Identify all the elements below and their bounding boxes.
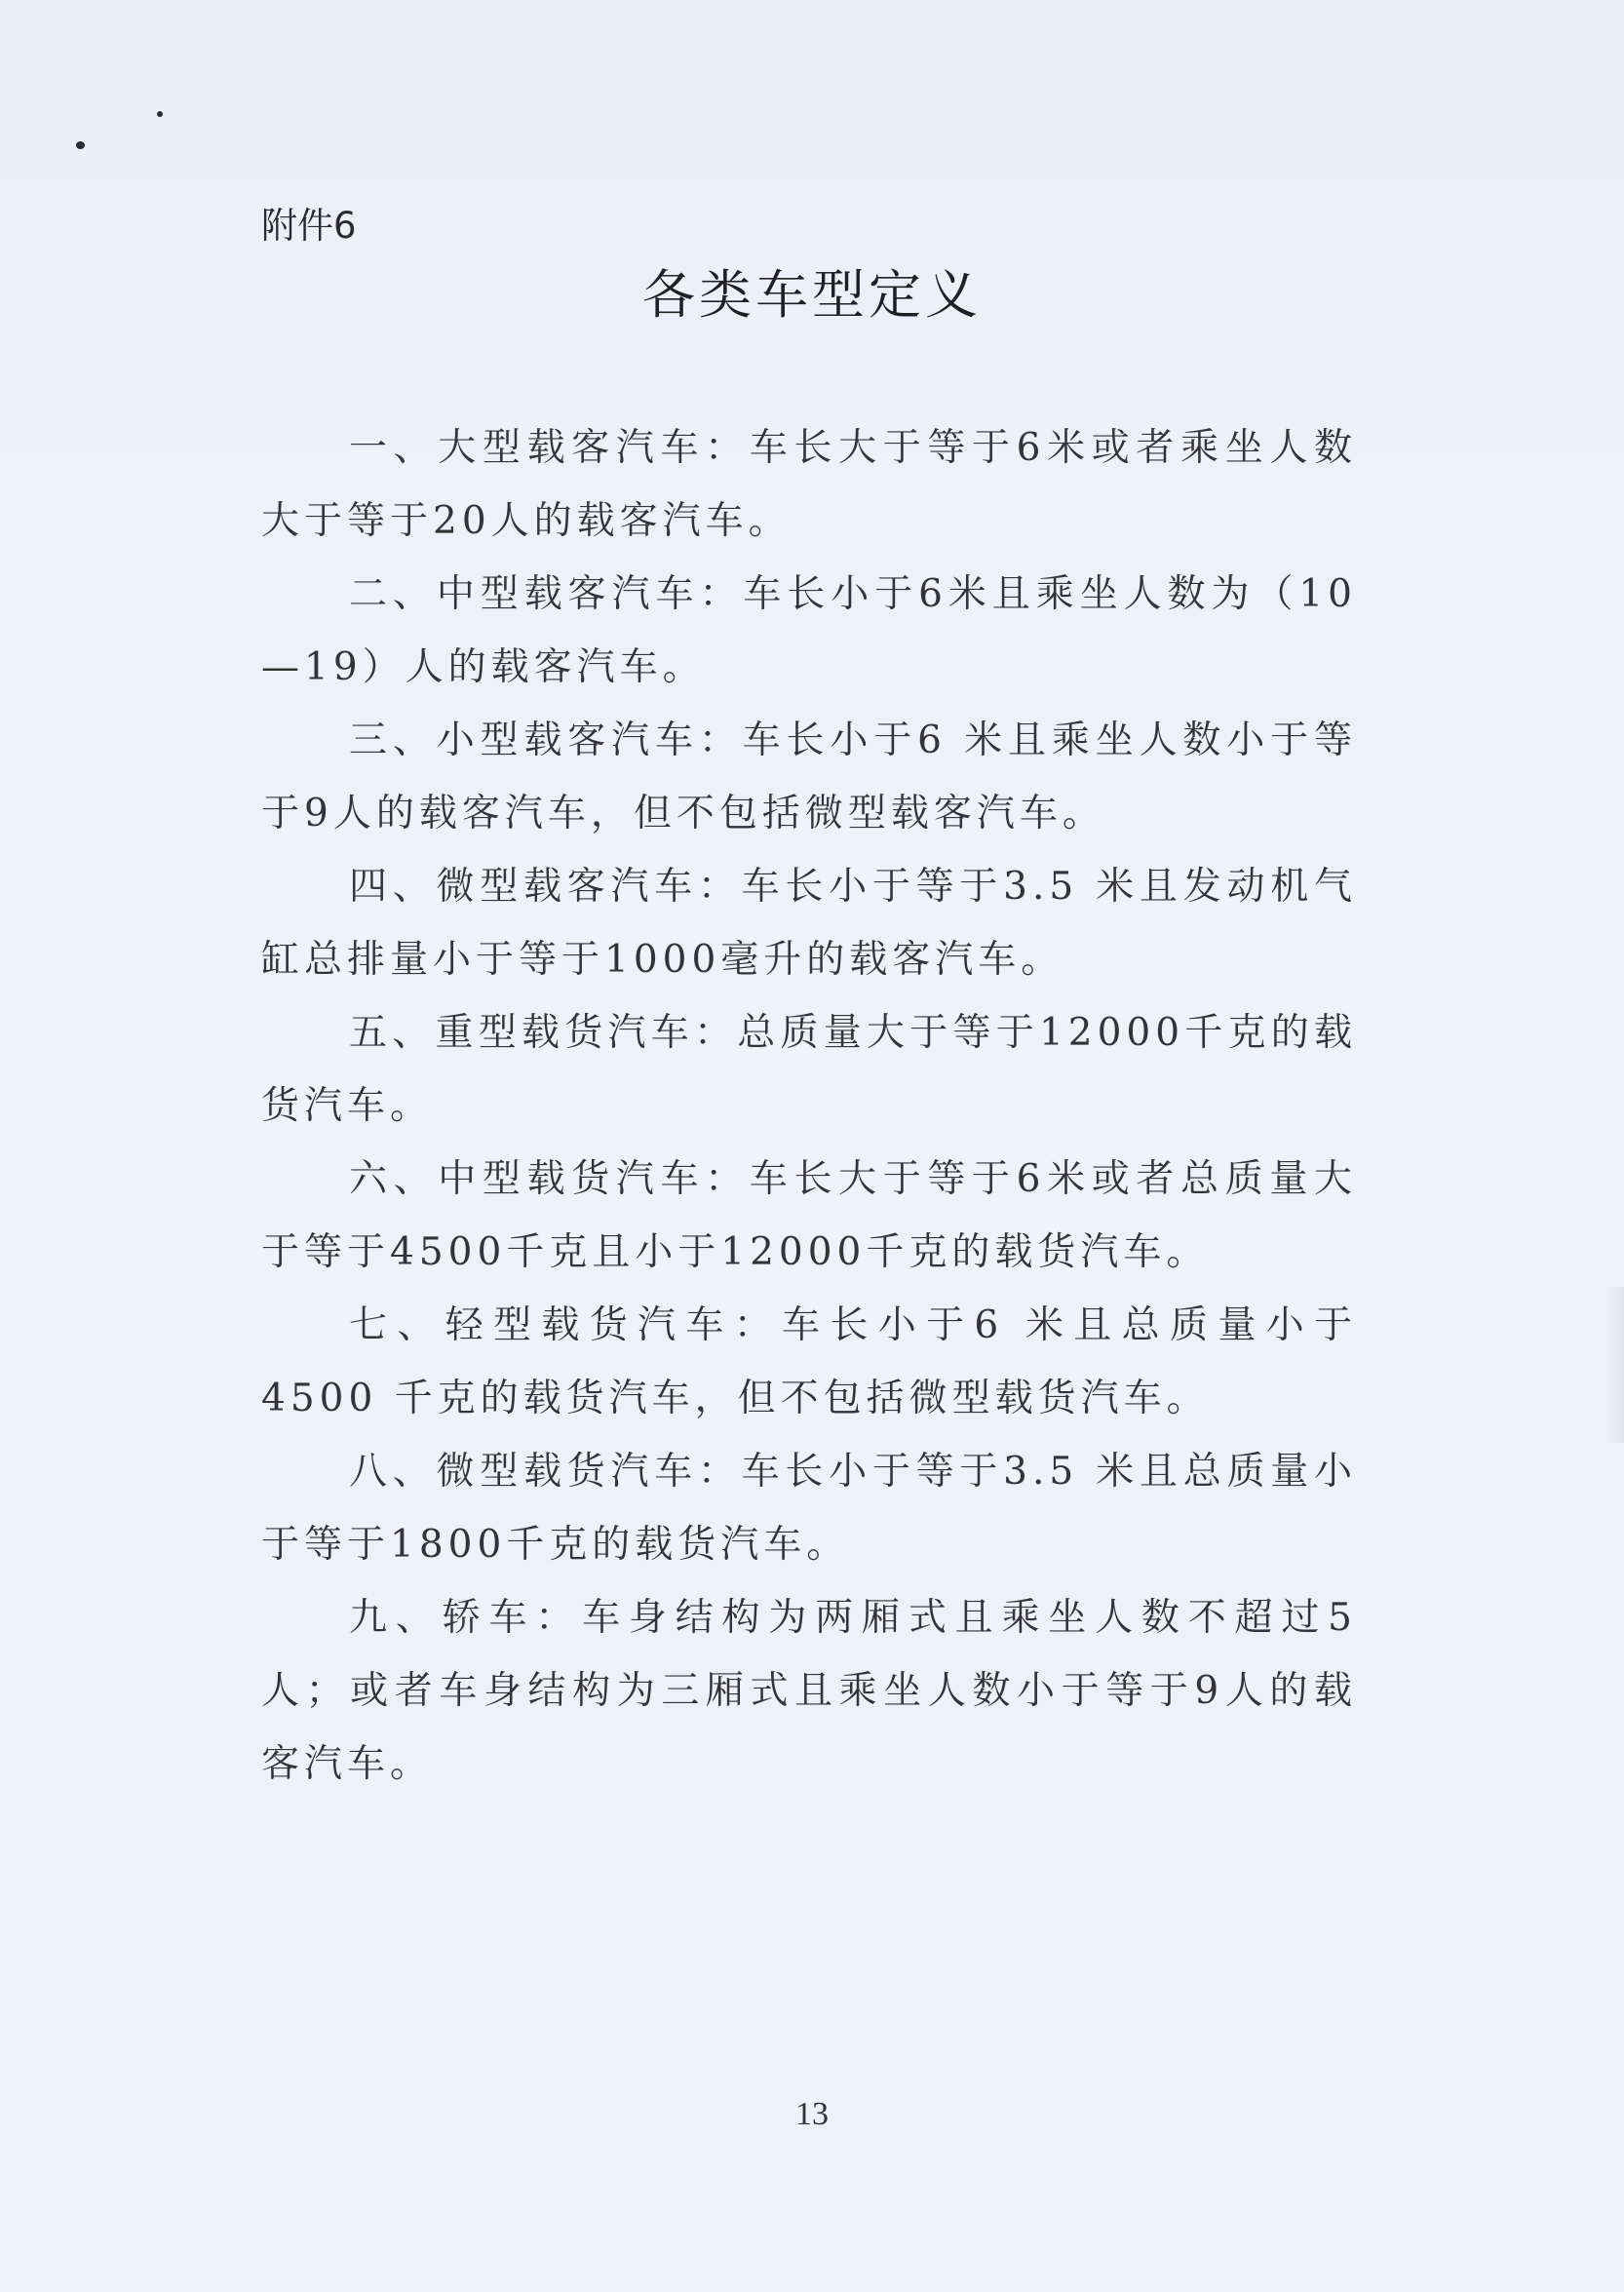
- attachment-label: 附件6: [261, 203, 357, 250]
- scan-edge-shadow: [1606, 1287, 1624, 1443]
- document-title: 各类车型定义: [0, 261, 1624, 330]
- scanned-page: 附件6 各类车型定义 一、大型载客汽车：车长大于等于6米或者乘坐人数大于等于20…: [0, 0, 1624, 2292]
- definition-paragraph: 四、微型载客汽车：车长小于等于3.5 米且发动机气缸总排量小于等于1000毫升的…: [261, 850, 1357, 996]
- definition-paragraph: 九、轿车：车身结构为两厢式且乘坐人数不超过5人；或者车身结构为三厢式且乘坐人数小…: [261, 1581, 1357, 1801]
- definition-paragraph: 五、重型载货汽车：总质量大于等于12000千克的载货汽车。: [261, 996, 1357, 1143]
- document-body: 一、大型载客汽车：车长大于等于6米或者乘坐人数大于等于20人的载客汽车。 二、中…: [261, 411, 1357, 1801]
- definition-paragraph: 七、轻型载货汽车：车长小于6 米且总质量小于4500 千克的载货汽车，但不包括微…: [261, 1289, 1357, 1435]
- scan-speck: [76, 141, 85, 149]
- definition-paragraph: 二、中型载客汽车：车长小于6米且乘坐人数为（10—19）人的载客汽车。: [261, 558, 1357, 704]
- definition-paragraph: 三、小型载客汽车：车长小于6 米且乘坐人数小于等于9人的载客汽车，但不包括微型载…: [261, 704, 1357, 850]
- scan-speck: [157, 111, 163, 117]
- definition-paragraph: 一、大型载客汽车：车长大于等于6米或者乘坐人数大于等于20人的载客汽车。: [261, 411, 1357, 558]
- page-number: 13: [0, 2093, 1624, 2136]
- definition-paragraph: 六、中型载货汽车：车长大于等于6米或者总质量大于等于4500千克且小于12000…: [261, 1143, 1357, 1289]
- definition-paragraph: 八、微型载货汽车：车长小于等于3.5 米且总质量小于等于1800千克的载货汽车。: [261, 1435, 1357, 1581]
